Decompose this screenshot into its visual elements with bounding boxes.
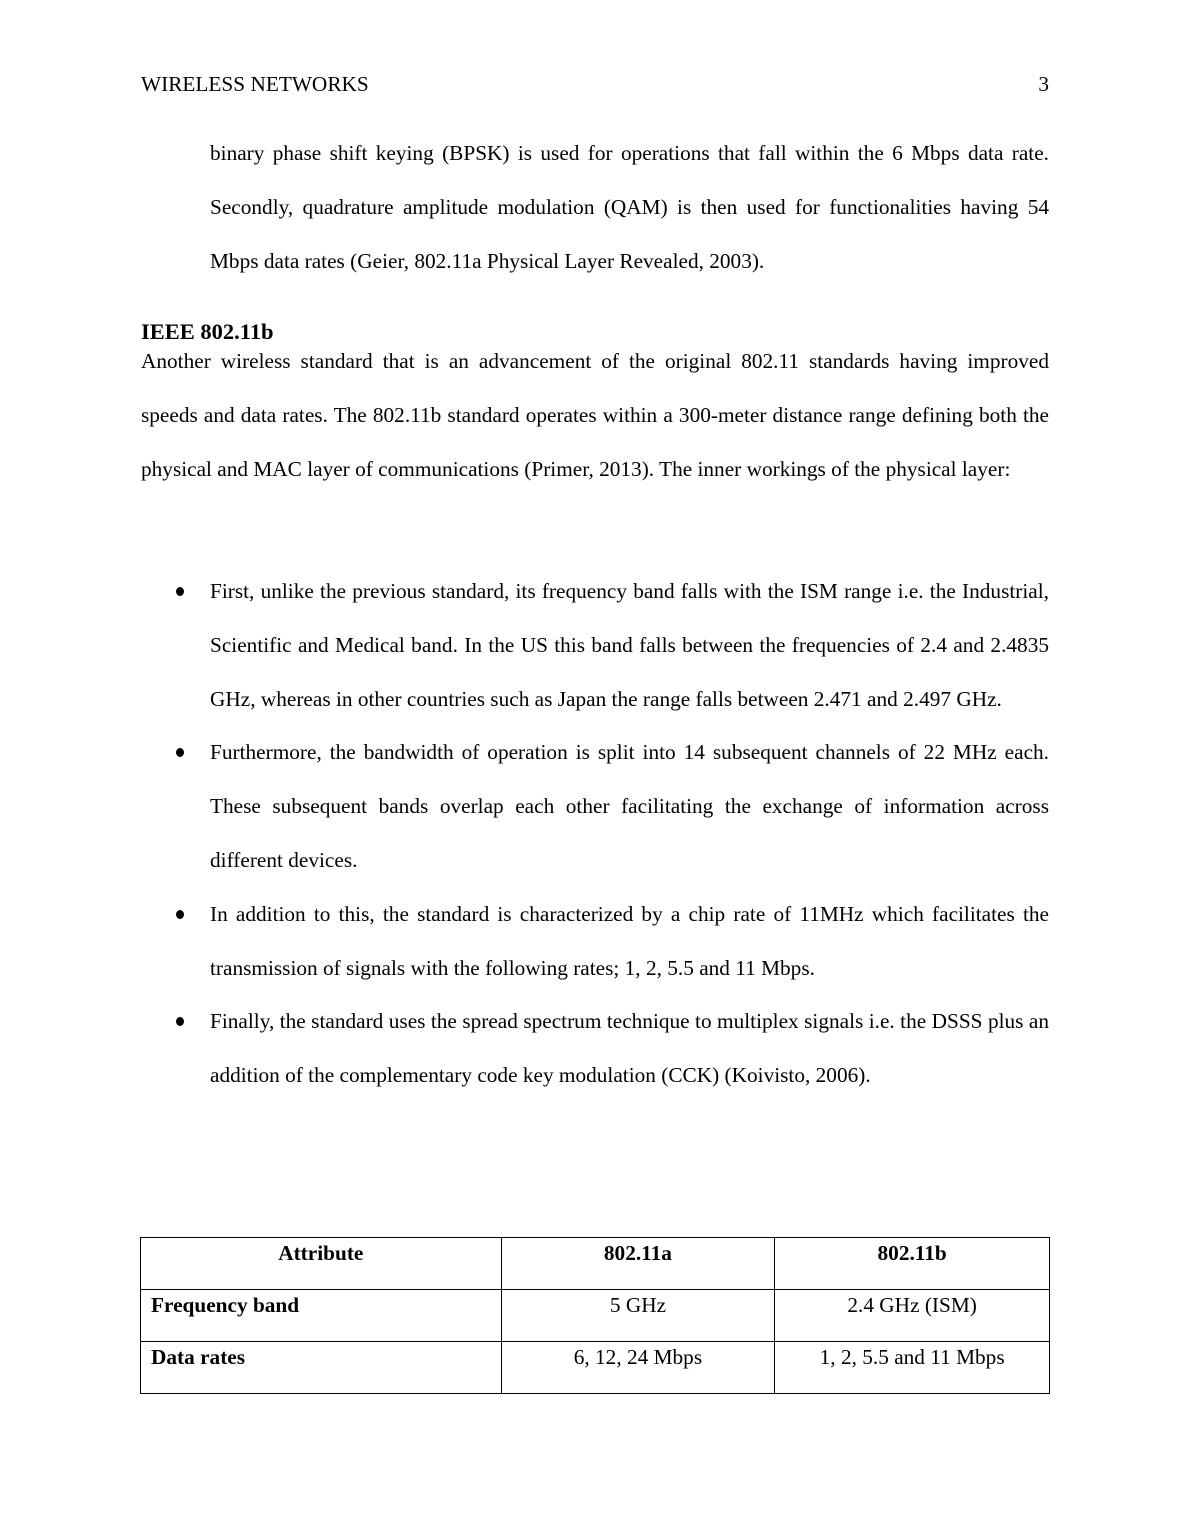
bullet-icon bbox=[176, 1017, 184, 1026]
section-intro-paragraph: Another wireless standard that is an adv… bbox=[141, 335, 1049, 496]
list-item: Furthermore, the bandwidth of operation … bbox=[141, 726, 1049, 887]
page-number: 3 bbox=[1038, 71, 1049, 97]
table-cell: 6, 12, 24 Mbps bbox=[501, 1342, 775, 1394]
row-header: Data rates bbox=[141, 1342, 502, 1394]
bullet-icon bbox=[176, 748, 184, 757]
list-item-text: First, unlike the previous standard, its… bbox=[210, 579, 1049, 711]
table-cell: 5 GHz bbox=[501, 1290, 775, 1342]
table-header-row: Attribute 802.11a 802.11b bbox=[141, 1238, 1050, 1290]
running-head: WIRELESS NETWORKS bbox=[141, 71, 369, 97]
column-header: Attribute bbox=[141, 1238, 502, 1290]
table-cell: 1, 2, 5.5 and 11 Mbps bbox=[775, 1342, 1050, 1394]
list-item: In addition to this, the standard is cha… bbox=[141, 888, 1049, 996]
list-item: First, unlike the previous standard, its… bbox=[141, 565, 1049, 726]
list-item: Finally, the standard uses the spread sp… bbox=[141, 995, 1049, 1103]
bullet-icon bbox=[176, 587, 184, 596]
table-row: Frequency band 5 GHz 2.4 GHz (ISM) bbox=[141, 1290, 1050, 1342]
comparison-table: Attribute 802.11a 802.11b Frequency band… bbox=[140, 1237, 1050, 1394]
column-header: 802.11a bbox=[501, 1238, 775, 1290]
list-item-text: Finally, the standard uses the spread sp… bbox=[210, 1009, 1049, 1087]
table-cell: 2.4 GHz (ISM) bbox=[775, 1290, 1050, 1342]
column-header: 802.11b bbox=[775, 1238, 1050, 1290]
bullet-icon bbox=[176, 910, 184, 919]
list-item-text: In addition to this, the standard is cha… bbox=[210, 902, 1049, 980]
table-row: Data rates 6, 12, 24 Mbps 1, 2, 5.5 and … bbox=[141, 1342, 1050, 1394]
row-header: Frequency band bbox=[141, 1290, 502, 1342]
bullet-list: First, unlike the previous standard, its… bbox=[141, 565, 1049, 1103]
continued-paragraph: binary phase shift keying (BPSK) is used… bbox=[210, 127, 1049, 288]
list-item-text: Furthermore, the bandwidth of operation … bbox=[210, 740, 1049, 872]
